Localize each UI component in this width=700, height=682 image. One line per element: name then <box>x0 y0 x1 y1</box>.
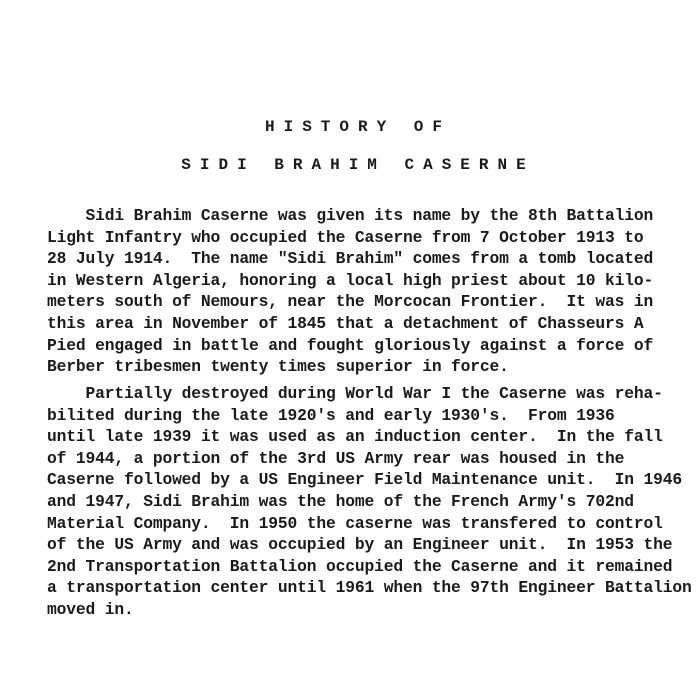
text-line: and 1947, Sidi Brahim was the home of th… <box>47 491 700 513</box>
text-line: of 1944, a portion of the 3rd US Army re… <box>47 448 700 470</box>
text-line: Sidi Brahim Caserne was given its name b… <box>47 205 700 227</box>
document-subtitle: SIDI BRAHIM CASERNE <box>8 156 700 174</box>
paragraph-1: Sidi Brahim Caserne was given its name b… <box>47 205 700 378</box>
text-line: Partially destroyed during World War I t… <box>47 383 700 405</box>
text-line: 28 July 1914. The name "Sidi Brahim" com… <box>47 248 700 270</box>
text-line: Berber tribesmen twenty times superior i… <box>47 356 700 378</box>
document-title: HISTORY OF <box>8 118 700 136</box>
text-line: of the US Army and was occupied by an En… <box>47 534 700 556</box>
text-line: Pied engaged in battle and fought glorio… <box>47 335 700 357</box>
text-line: 2nd Transportation Battalion occupied th… <box>47 556 700 578</box>
text-line: until late 1939 it was used as an induct… <box>47 426 700 448</box>
text-line: in Western Algeria, honoring a local hig… <box>47 270 700 292</box>
text-line: moved in. <box>47 599 700 621</box>
text-line: a transportation center until 1961 when … <box>47 577 700 599</box>
text-line: meters south of Nemours, near the Morcoc… <box>47 291 700 313</box>
text-line: bilited during the late 1920's and early… <box>47 405 700 427</box>
text-line: Light Infantry who occupied the Caserne … <box>47 227 700 249</box>
paragraph-2: Partially destroyed during World War I t… <box>47 383 700 621</box>
text-line: Caserne followed by a US Engineer Field … <box>47 469 700 491</box>
text-line: Material Company. In 1950 the caserne wa… <box>47 513 700 535</box>
text-line: this area in November of 1845 that a det… <box>47 313 700 335</box>
